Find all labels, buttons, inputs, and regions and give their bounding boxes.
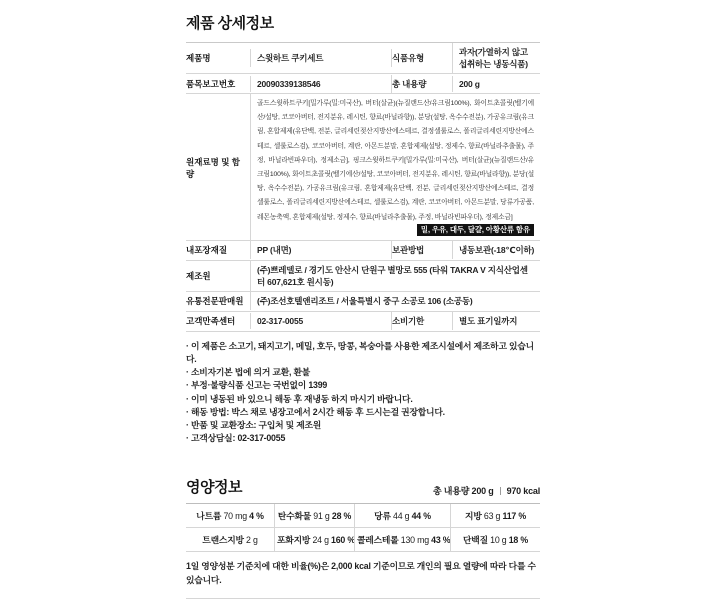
- nutrient-label: 탄수화물: [278, 511, 311, 521]
- nutrient-amount: 10 g: [490, 535, 506, 543]
- row-label: 총 내용량: [391, 75, 452, 93]
- nutrient-label: 당류: [374, 511, 391, 521]
- note-item: 해동 방법: 박스 채로 냉장고에서 2시간 해동 후 드시는걸 권장합니다.: [186, 406, 540, 419]
- row-label: 식품유형: [391, 49, 452, 67]
- allergen-badge: 밀, 우유, 대두, 달걀, 아황산류 함유: [417, 224, 534, 236]
- row-label: 품목보고번호: [186, 75, 250, 93]
- row-label: 제조원: [186, 267, 250, 285]
- nutrient-percent: 18 %: [509, 535, 528, 543]
- table-row: 제조원 (주)쁘레델로 / 경기도 안산시 단원구 별망로 555 (타워 TA…: [186, 261, 540, 292]
- table-row: 품목보고번호 20090339138546 총 내용량 200 g: [186, 74, 540, 94]
- row-value: 냉동보관(-18℃이하): [452, 241, 540, 259]
- row-value: (주)쁘레델로 / 경기도 안산시 단원구 별망로 555 (타워 TAKRA …: [250, 261, 540, 291]
- nutrition-cell: 콜레스테롤 130 mg 43 %: [354, 528, 450, 543]
- nutrient-amount: 24 g: [312, 535, 328, 543]
- table-row: 내포장재질 PP (내면) 보관방법 냉동보관(-18℃이하): [186, 241, 540, 261]
- row-label: 보관방법: [391, 241, 452, 259]
- nutrient-label: 포화지방: [277, 535, 310, 543]
- row-label: 제품명: [186, 49, 250, 67]
- nutrient-percent: 160 %: [331, 535, 355, 543]
- nutrition-cell: 트랜스지방 2 g: [186, 528, 274, 543]
- nutrient-amount: 70 mg: [223, 511, 246, 521]
- table-row-ingredients: 원재료명 및 함량 골드스윗하트쿠키[밀가루(밀:미국산), 버터(살균)(뉴질…: [186, 94, 540, 241]
- row-label: 내포장재질: [186, 241, 250, 259]
- row-value: 200 g: [452, 76, 540, 92]
- nutrition-cell: 포화지방 24 g 160 %: [274, 528, 354, 543]
- nutrition-cell: 나트륨 70 mg 4 %: [186, 504, 274, 527]
- note-item: 부정·불량식품 신고는 국번없이 1399: [186, 379, 540, 392]
- nutrient-amount: 130 mg: [401, 535, 429, 543]
- nutrient-percent: 28 %: [332, 511, 351, 521]
- nutrient-amount: 2 g: [246, 535, 258, 543]
- table-row: 유통전문판매원 (주)조선호텔앤리조트 / 서울특별시 중구 소공로 106 (…: [186, 292, 540, 312]
- ingredients-value: 골드스윗하트쿠키[밀가루(밀:미국산), 버터(살균)(뉴질랜드산/유크림100…: [257, 100, 534, 221]
- nutrient-label: 지방: [465, 511, 482, 521]
- total-weight: 총 내용량 200 g: [433, 484, 494, 497]
- note-item: 소비자기본 법에 의거 교환, 환불: [186, 366, 540, 379]
- notes-list: 이 제품은 소고기, 돼지고기, 메밀, 호두, 땅콩, 복숭아를 사용한 제조…: [186, 340, 540, 446]
- nutrition-cell: 단백질 10 g 18 %: [450, 528, 540, 543]
- nutrition-summary: 총 내용량 200 g 970 kcal: [433, 484, 540, 497]
- product-detail-panel: 제품 상세정보 제품명 스윗하트 쿠키세트 식품유형 과자(가열하지 않고 섭취…: [186, 12, 540, 543]
- ingredients-text: 골드스윗하트쿠키[밀가루(밀:미국산), 버터(살균)(뉴질랜드산/유크림100…: [250, 94, 540, 240]
- nutrient-percent: 4 %: [249, 511, 264, 521]
- nutrient-label: 나트륨: [196, 511, 221, 521]
- row-value: 별도 표기일까지: [452, 312, 540, 330]
- nutrient-amount: 44 g: [393, 511, 409, 521]
- nutrient-amount: 91 g: [313, 511, 329, 521]
- nutrition-row: 트랜스지방 2 g 포화지방 24 g 160 % 콜레스테롤 130 mg 4…: [186, 527, 540, 543]
- row-label: 고객만족센터: [186, 312, 250, 330]
- row-label: 원재료명 및 함량: [186, 151, 250, 183]
- nutrition-cell: 당류 44 g 44 %: [354, 504, 450, 527]
- row-value: PP (내면): [250, 241, 391, 259]
- note-item: 이 제품은 소고기, 돼지고기, 메밀, 호두, 땅콩, 복숭아를 사용한 제조…: [186, 340, 540, 366]
- table-row: 고객만족센터 02-317-0055 소비기한 별도 표기일까지: [186, 312, 540, 332]
- nutrient-percent: 43 %: [431, 535, 450, 543]
- nutrition-header: 영양정보 총 내용량 200 g 970 kcal: [186, 476, 540, 497]
- row-value: 02-317-0055: [250, 313, 391, 329]
- nutrient-label: 콜레스테롤: [357, 535, 399, 543]
- nutrient-percent: 44 %: [412, 511, 431, 521]
- note-item: 이미 냉동된 바 있으니 해동 후 재냉동 하지 마시기 바랍니다.: [186, 393, 540, 406]
- nutrient-amount: 63 g: [484, 511, 500, 521]
- row-label: 소비기한: [391, 312, 452, 330]
- nutrition-row: 나트륨 70 mg 4 % 탄수화물 91 g 28 % 당류 44 g 44 …: [186, 504, 540, 527]
- divider: [500, 487, 501, 495]
- row-value: 과자(가열하지 않고 섭취하는 냉동식품): [452, 43, 540, 73]
- row-value: 20090339138546: [250, 76, 391, 92]
- nutrient-label: 트랜스지방: [202, 535, 244, 543]
- nutrition-cell: 지방 63 g 117 %: [450, 504, 540, 527]
- note-item: 고객상담실: 02-317-0055: [186, 432, 540, 445]
- note-item: 반품 및 교환장소: 구입처 및 제조원: [186, 419, 540, 432]
- table-row: 제품명 스윗하트 쿠키세트 식품유형 과자(가열하지 않고 섭취하는 냉동식품): [186, 43, 540, 74]
- nutrition-table: 나트륨 70 mg 4 % 탄수화물 91 g 28 % 당류 44 g 44 …: [186, 503, 540, 543]
- row-label: 유통전문판매원: [186, 292, 250, 310]
- nutrition-title: 영양정보: [186, 476, 242, 497]
- nutrient-percent: 117 %: [502, 511, 525, 521]
- nutrition-section: 영양정보 총 내용량 200 g 970 kcal 나트륨 70 mg 4 % …: [186, 476, 540, 543]
- total-calories: 970 kcal: [507, 486, 540, 496]
- page-title: 제품 상세정보: [186, 12, 540, 33]
- product-detail-table: 제품명 스윗하트 쿠키세트 식품유형 과자(가열하지 않고 섭취하는 냉동식품)…: [186, 42, 540, 332]
- nutrient-label: 단백질: [463, 535, 488, 543]
- nutrition-cell: 탄수화물 91 g 28 %: [274, 504, 354, 527]
- row-value: (주)조선호텔앤리조트 / 서울특별시 중구 소공로 106 (소공동): [250, 292, 540, 310]
- row-value: 스윗하트 쿠키세트: [250, 49, 391, 67]
